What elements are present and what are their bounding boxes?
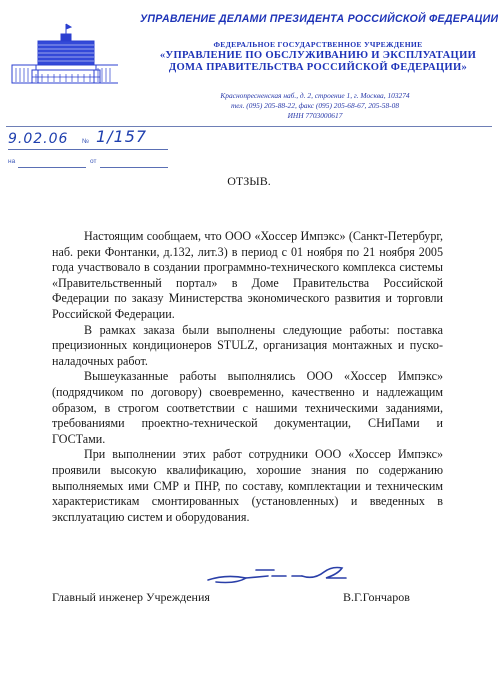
paragraph: В рамках заказа были выполнены следующие… bbox=[52, 323, 443, 370]
institution-name-line1: «УПРАВЛЕНИЕ ПО ОБСЛУЖИВАНИЮ И ЭКСПЛУАТАЦ… bbox=[140, 50, 496, 62]
incoming-reference: на от bbox=[8, 158, 168, 170]
document-title: ОТЗЫВ. bbox=[0, 174, 498, 189]
handwritten-number: 1/157 bbox=[96, 127, 147, 146]
outgoing-reference: 9.02.06 № 1/157 bbox=[8, 131, 168, 151]
number-label: № bbox=[82, 138, 89, 145]
institution-heading: ФЕДЕРАЛЬНОЕ ГОСУДАРСТВЕННОЕ УЧРЕЖДЕНИЕ «… bbox=[140, 40, 496, 74]
inn: ИНН 7703000617 bbox=[200, 111, 430, 121]
paragraph: Настоящим сообщаем, что ООО «Хоссер Импэ… bbox=[52, 229, 443, 323]
in-reply-label: на bbox=[8, 158, 15, 165]
address: Краснопресненская наб., д. 2, строение 1… bbox=[200, 91, 430, 101]
phones: тел. (095) 205-88-22, факс (095) 205-68-… bbox=[200, 101, 430, 111]
signatory-position: Главный инженер Учреждения bbox=[52, 590, 210, 605]
contact-block: Краснопресненская наб., д. 2, строение 1… bbox=[200, 91, 430, 121]
institution-type: ФЕДЕРАЛЬНОЕ ГОСУДАРСТВЕННОЕ УЧРЕЖДЕНИЕ bbox=[140, 40, 496, 50]
handwritten-date: 9.02.06 bbox=[8, 131, 68, 147]
letter-body: Настоящим сообщаем, что ООО «Хоссер Импэ… bbox=[52, 229, 443, 525]
government-house-icon bbox=[6, 22, 118, 86]
letterhead-divider bbox=[6, 126, 492, 127]
signatory-name: В.Г.Гончаров bbox=[343, 590, 410, 605]
paragraph: Вышеуказанные работы выполнялись ООО «Хо… bbox=[52, 369, 443, 447]
from-label: от bbox=[90, 158, 96, 165]
from-blank bbox=[100, 167, 168, 168]
paragraph: При выполнении этих работ сотрудники ООО… bbox=[52, 447, 443, 525]
signature-icon bbox=[206, 564, 366, 588]
organization-title: УПРАВЛЕНИЕ ДЕЛАМИ ПРЕЗИДЕНТА РОССИЙСКОЙ … bbox=[140, 13, 496, 25]
government-house-logo bbox=[6, 22, 118, 86]
institution-name-line2: ДОМА ПРАВИТЕЛЬСТВА РОССИЙСКОЙ ФЕДЕРАЦИИ» bbox=[140, 62, 496, 74]
reference-underline bbox=[8, 149, 168, 150]
handwritten-signature bbox=[206, 564, 366, 588]
in-reply-blank bbox=[18, 167, 86, 168]
